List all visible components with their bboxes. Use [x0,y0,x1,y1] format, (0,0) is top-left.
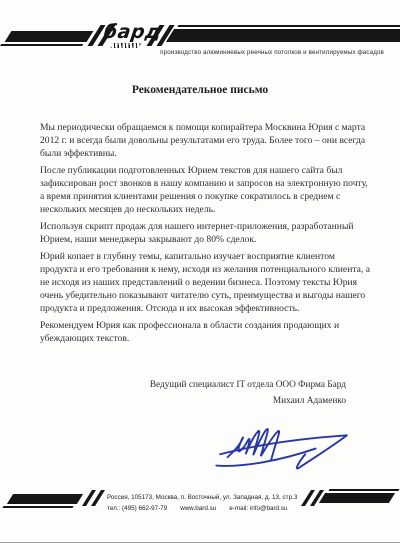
footer-website: www.bard.su [180,504,216,513]
header-bar-left [5,31,94,42]
letter-paragraph: Юрий копает в глубину темы, капитально и… [40,250,373,315]
letter-paragraph: Рекомендуем Юрия как профессионала в обл… [40,319,373,345]
signoff-block: Ведущий специалист IT отдела ООО Фирма Б… [150,380,346,406]
footer-address: Россия, 105173, Москва, п. Восточный, ул… [107,493,297,502]
letter-paragraph: Используя скрипт продаж для нашего интер… [40,220,373,246]
letter-title: Рекомендательное письмо [0,84,400,96]
letter-paragraph: Мы периодически обращаемся к помощи копи… [40,121,373,160]
header-bar-right [166,29,400,42]
letter-page: бард производство алюминиевых реечных по… [0,0,400,550]
letter-body: Мы периодически обращаемся к помощи копи… [40,121,373,349]
scan-page-edge [0,542,400,543]
logo-hatch-decoration [110,43,141,48]
footer-contact-block: Россия, 105173, Москва, п. Восточный, ул… [107,493,297,513]
handwritten-signature [205,424,360,476]
footer-email: e-mail: info@bard.su [229,504,287,513]
footer-slashes-left [87,490,105,506]
footer-bar-right [319,493,395,503]
signer-position: Ведущий специалист IT отдела ООО Фирма Б… [150,380,346,390]
letter-paragraph: После публикации подготовленных Юрием те… [40,164,373,216]
company-tagline: производство алюминиевых реечных потолко… [160,49,384,56]
footer-bar-left [7,494,83,504]
footer-phone: тел.: (495) 662-97-79 [107,504,167,513]
signer-name: Михаил Адаменко [150,396,346,406]
